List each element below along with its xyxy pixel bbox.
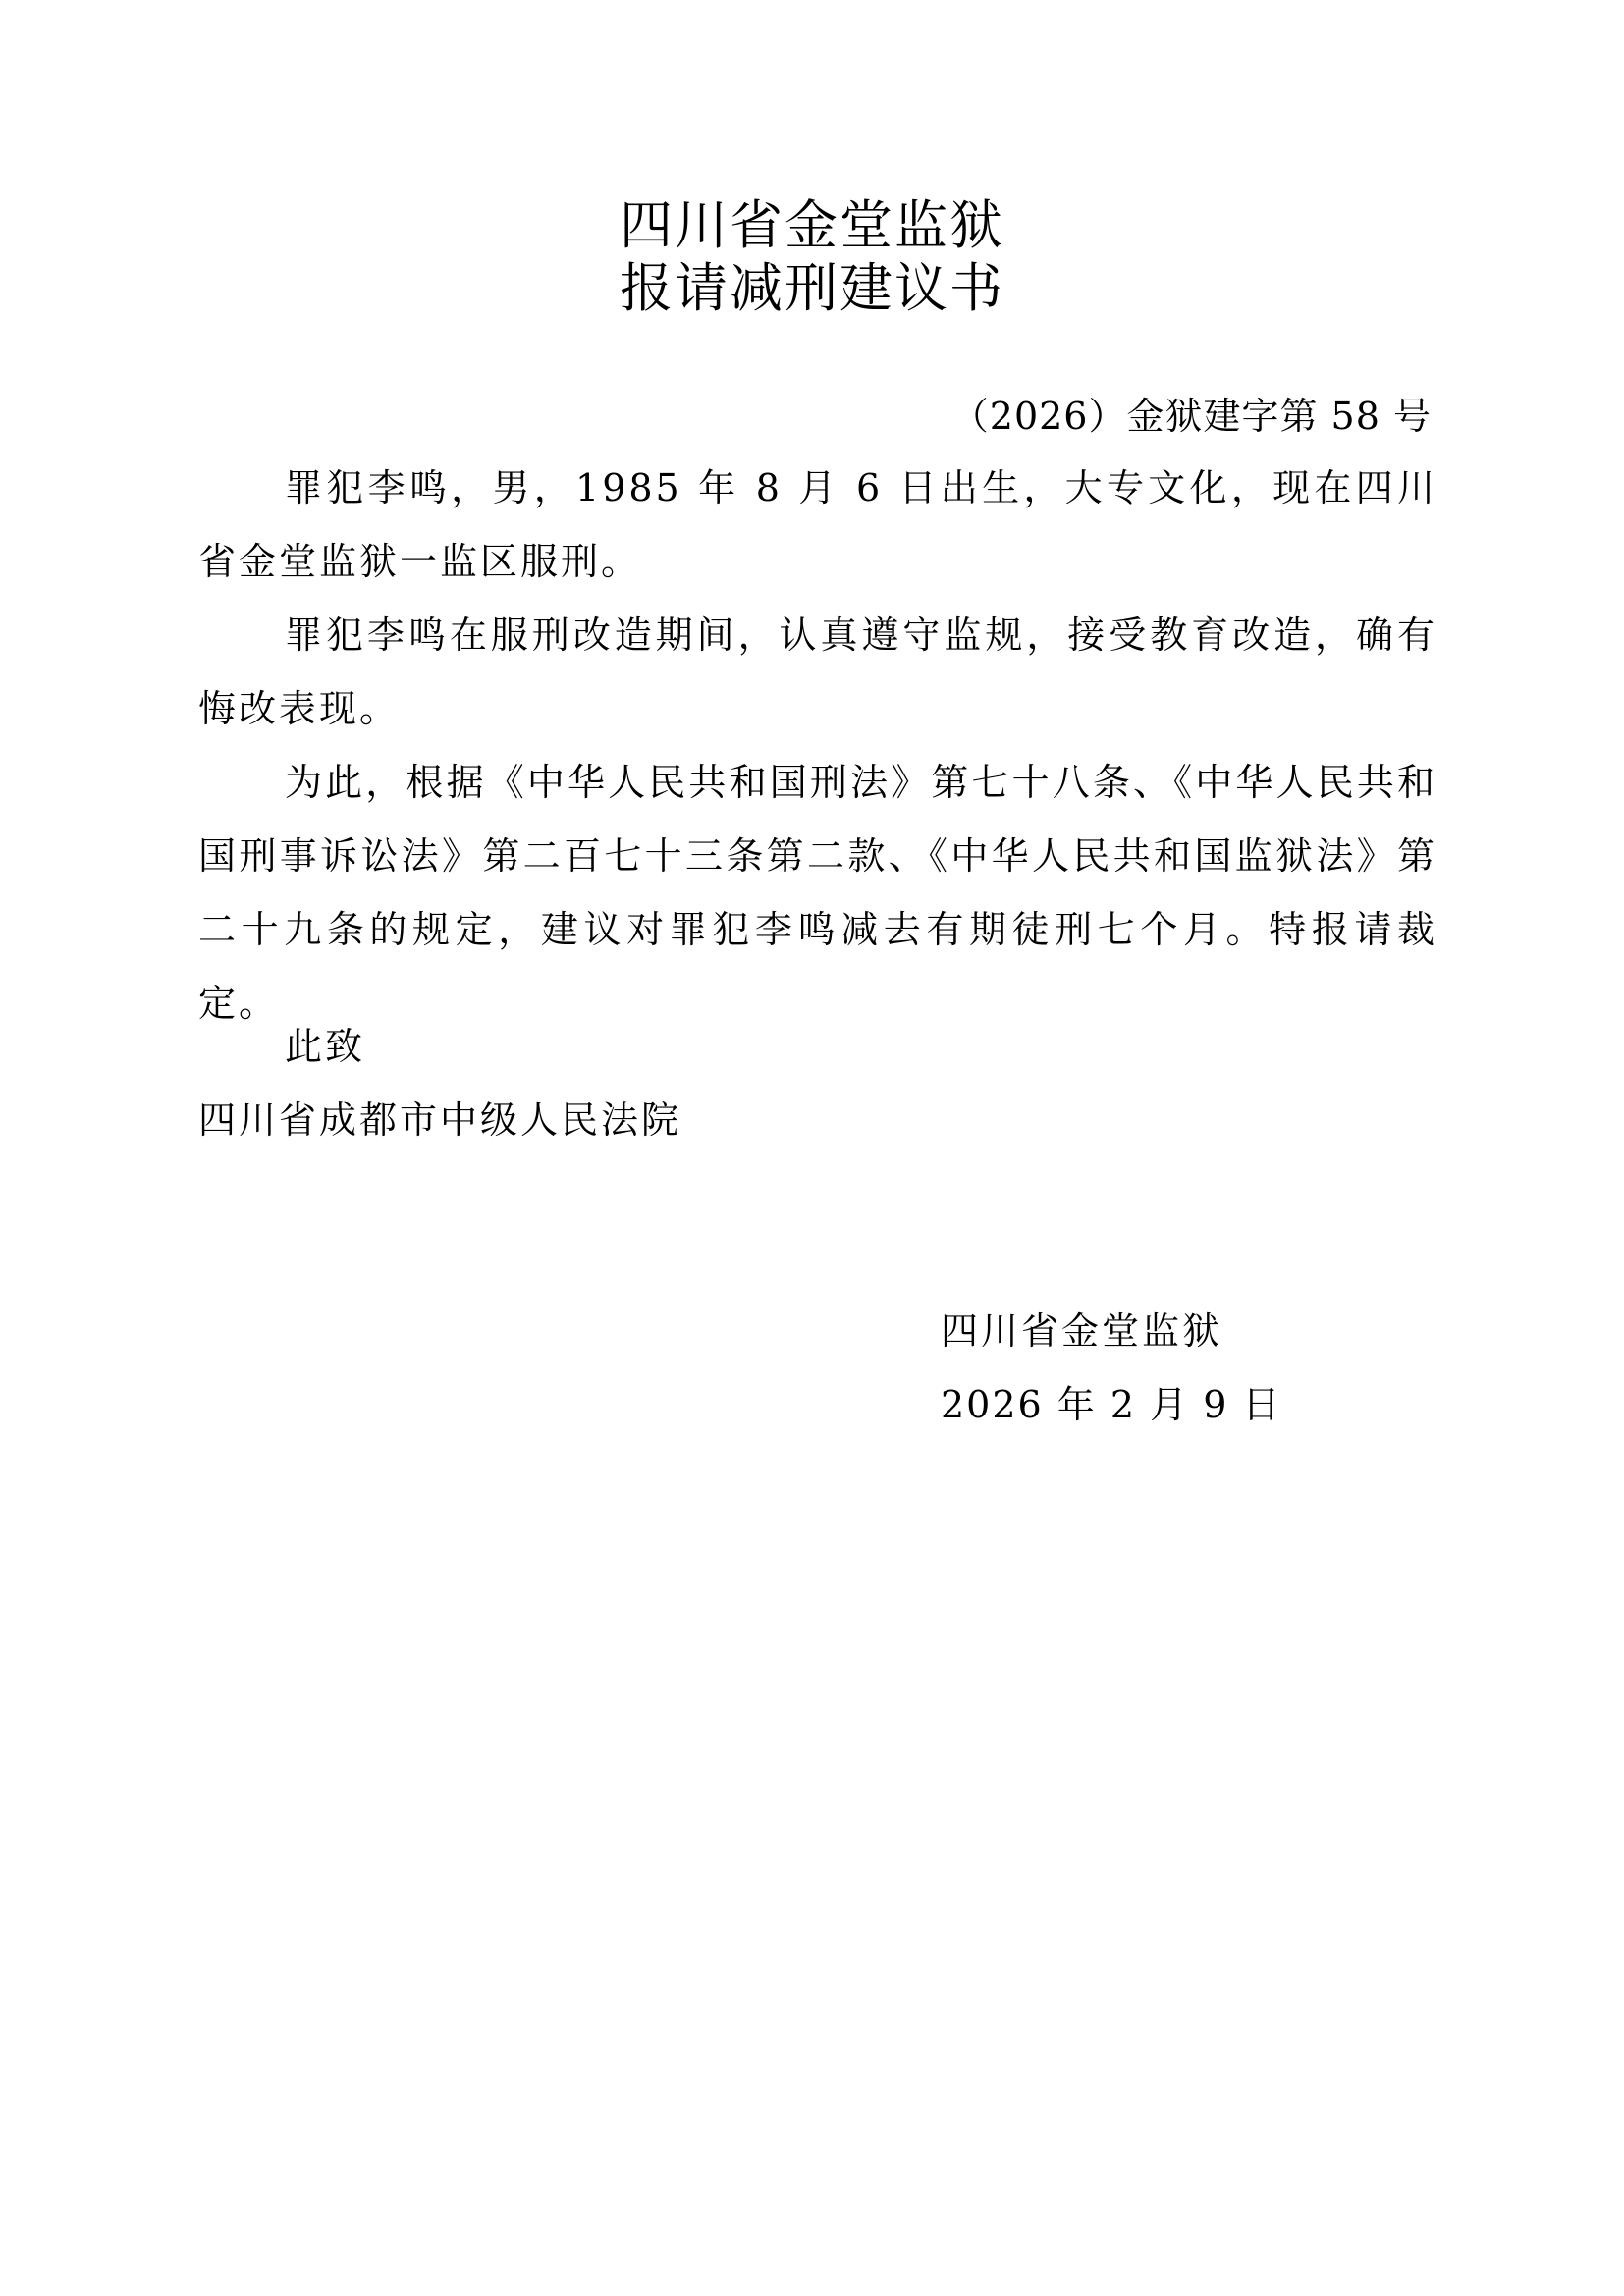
body-paragraph-conduct: 罪犯李鸣在服刑改造期间，认真遵守监规，接受教育改造，确有悔改表现。 <box>198 599 1437 746</box>
document-title-org: 四川省金堂监狱 <box>0 194 1624 257</box>
document-number: （2026）金狱建字第 58 号 <box>951 386 1432 440</box>
document-page: 四川省金堂监狱 报请减刑建议书 （2026）金狱建字第 58 号 罪犯李鸣，男，… <box>0 0 1624 2296</box>
salutation: 此致 <box>285 1016 365 1070</box>
addressee: 四川省成都市中级人民法院 <box>198 1090 681 1144</box>
body-paragraph-recommendation: 为此，根据《中华人民共和国刑法》第七十八条、《中华人民共和国刑事诉讼法》第二百七… <box>198 746 1437 1041</box>
signature-date: 2026 年 2 月 9 日 <box>941 1374 1281 1428</box>
body-paragraph-inmate-info: 罪犯李鸣，男，1985 年 8 月 6 日出生，大专文化，现在四川省金堂监狱一监… <box>198 452 1437 599</box>
document-title-type: 报请减刑建议书 <box>0 257 1624 320</box>
signature-organization: 四川省金堂监狱 <box>941 1301 1222 1355</box>
